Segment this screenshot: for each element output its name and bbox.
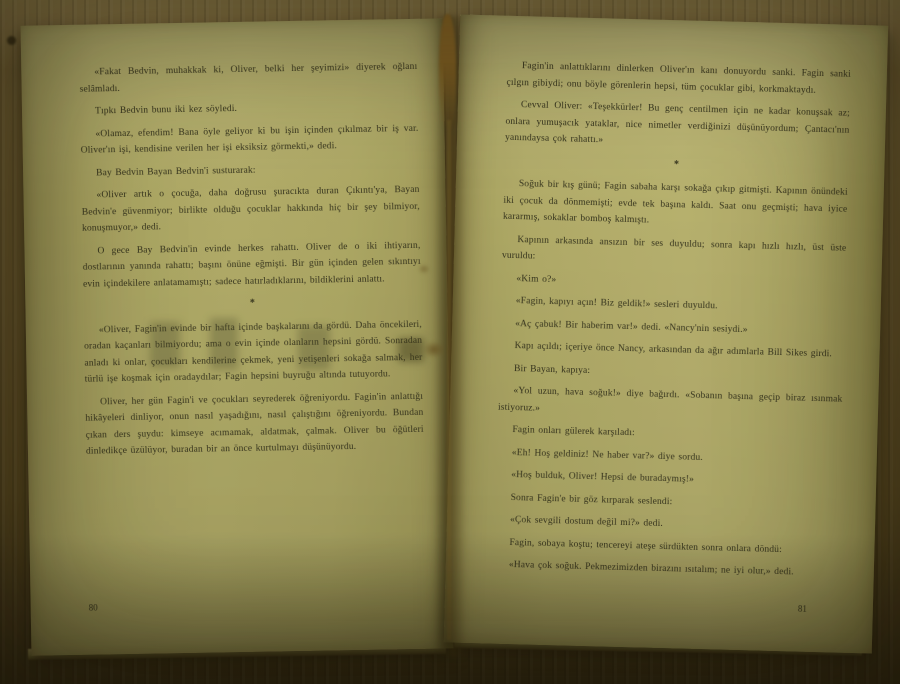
left-page-text-block: «Fakat Bedvin, muhakkak ki, Oliver, belk…: [79, 59, 424, 466]
paragraph: Kapının arkasında ansızın bir ses duyuld…: [502, 231, 847, 273]
paragraph: «Kim o?»: [501, 270, 845, 295]
paragraph: «Hoş bulduk, Oliver! Hepsi de buradaymış…: [496, 467, 840, 492]
paragraph: «Fagin, kapıyı açın! Biz geldik!» sesler…: [501, 293, 845, 318]
section-separator: *: [504, 152, 848, 177]
ink-showthrough-smudge: [398, 338, 424, 362]
right-page-number: 81: [798, 604, 807, 614]
right-page-text-block: Fagin'in anlattıklarını dinlerken Oliver…: [494, 58, 852, 588]
paragraph: «Olamaz, efendim! Bana öyle geliyor ki b…: [80, 120, 419, 159]
paragraph: Fagin'in anlattıklarını dinlerken Oliver…: [506, 58, 851, 100]
paragraph: Oliver, her gün Fagin'i ve çocukları sey…: [85, 388, 424, 460]
paragraph: «Çok sevgili dostum değil mi?» dedi.: [495, 512, 839, 537]
paragraph: Cevval Oliver: «Teşekkürler! Bu genç cen…: [505, 97, 850, 155]
paragraph: «Oliver artık o çocuğa, daha doğrusu şur…: [81, 182, 420, 237]
paragraph: O gece Bay Bedvin'in evinde herkes rahat…: [82, 237, 421, 292]
section-separator: *: [83, 293, 421, 315]
paragraph: Soğuk bir kış günü; Fagin sabaha karşı s…: [503, 176, 848, 234]
ink-showthrough-smudge: [298, 326, 330, 370]
paragraph: Tıpkı Bedvin bunu iki kez söyledi.: [80, 98, 418, 120]
paragraph: «Fakat Bedvin, muhakkak ki, Oliver, belk…: [79, 59, 418, 98]
paragraph: Kapı açıldı; içeriye önce Nancy, arkasın…: [499, 338, 843, 363]
ink-showthrough-smudge: [210, 318, 238, 370]
spine-stain: [439, 14, 456, 132]
gutter-stain: [423, 341, 445, 358]
paragraph: Fagin onları gülerek karşıladı:: [497, 422, 841, 447]
paragraph: Bir Bayan, kapıya:: [499, 360, 843, 385]
left-page-number: 80: [89, 602, 98, 612]
paragraph: «Yol uzun, hava soğuk!» diye bağırdı. «S…: [498, 383, 843, 425]
paragraph: Sonra Fagin'e bir göz kırparak seslendi:: [495, 489, 839, 514]
paragraph: «Eh! Hoş geldiniz! Ne haber var?» diye s…: [497, 444, 841, 469]
paragraph: Fagin, sobaya koştu; tencereyi ateşe sür…: [494, 534, 838, 559]
paragraph: Bay Bedvin Bayan Bedvin'i susturarak:: [81, 159, 419, 181]
wood-knot-speck: [7, 36, 16, 45]
right-book-page: Fagin'in anlattıklarını dinlerken Oliver…: [444, 15, 888, 654]
paragraph: «Aç çabuk! Bir haberim var!» dedi. «Nanc…: [500, 315, 844, 340]
spine-fold-line: [447, 120, 451, 640]
book-photo-scene: «Fakat Bedvin, muhakkak ki, Oliver, belk…: [0, 0, 900, 684]
paragraph: «Oliver, Fagin'in evinde bir hafta içind…: [84, 316, 423, 388]
ink-showthrough-smudge: [150, 322, 180, 368]
paragraph: «Hava çok soğuk. Pekmezimizden birazını …: [494, 557, 838, 582]
gutter-stain: [418, 264, 430, 274]
